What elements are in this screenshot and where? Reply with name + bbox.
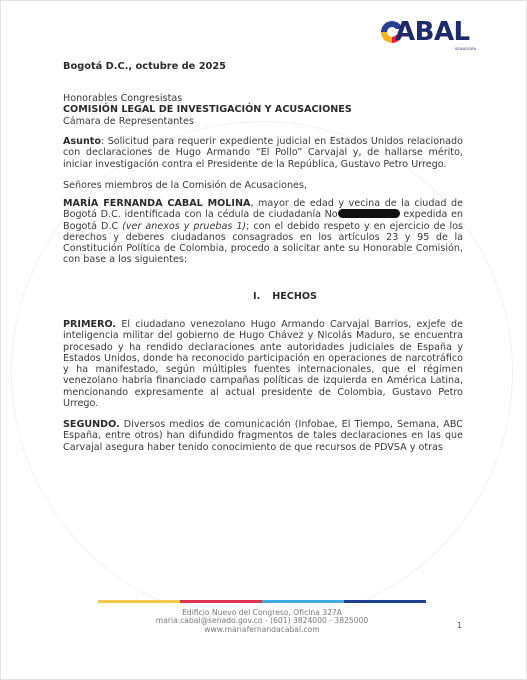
author-name: MARÍA FERNANDA CABAL MOLINA xyxy=(63,198,250,209)
footer-bar-navy xyxy=(344,600,426,603)
intro-paragraph: MARÍA FERNANDA CABAL MOLINA, mayor de ed… xyxy=(63,198,463,266)
logo-text: ABAL xyxy=(395,17,470,47)
recipient-line-3: Cámara de Representantes xyxy=(63,116,352,127)
logo-subtext: SENADORA xyxy=(455,47,476,51)
recipient-line-1: Honorables Congresistas xyxy=(63,93,352,104)
footer-color-bar xyxy=(98,600,426,603)
footer-bar-yellow xyxy=(98,600,180,603)
footer-contact: Edificio Nuevo del Congreso, Oficina 327… xyxy=(98,609,426,634)
asunto-text: : Solicitud para requerir expediente jud… xyxy=(63,136,463,170)
footer-bar-lightblue xyxy=(262,600,344,603)
footer-website[interactable]: www.mariafernandacabal.com xyxy=(98,626,426,634)
section-heading-hechos: I.HECHOS xyxy=(253,291,317,302)
cabal-logo: ABAL SENADORA xyxy=(381,17,486,53)
paragraph-primero: PRIMERO. El ciudadano venezolano Hugo Ar… xyxy=(63,319,463,409)
redacted-id-number xyxy=(338,209,400,218)
recipient-line-2: COMISIÓN LEGAL DE INVESTIGACIÓN Y ACUSAC… xyxy=(63,104,352,115)
letter-date: Bogotá D.C., octubre de 2025 xyxy=(63,61,226,72)
recipient-block: Honorables Congresistas COMISIÓN LEGAL D… xyxy=(63,93,352,127)
footer-bar-red xyxy=(180,600,262,603)
annex-reference: (ver anexos y pruebas 1) xyxy=(122,221,246,232)
paragraph-segundo: SEGUNDO. Diversos medios de comunicación… xyxy=(63,419,463,453)
page-number: 1 xyxy=(457,621,462,630)
asunto-label: Asunto xyxy=(63,136,101,147)
asunto-paragraph: Asunto: Solicitud para requerir expedien… xyxy=(63,136,463,170)
document-page: ABAL SENADORA Bogotá D.C., octubre de 20… xyxy=(0,0,527,680)
salutation: Señores miembros de la Comisión de Acusa… xyxy=(63,180,307,191)
